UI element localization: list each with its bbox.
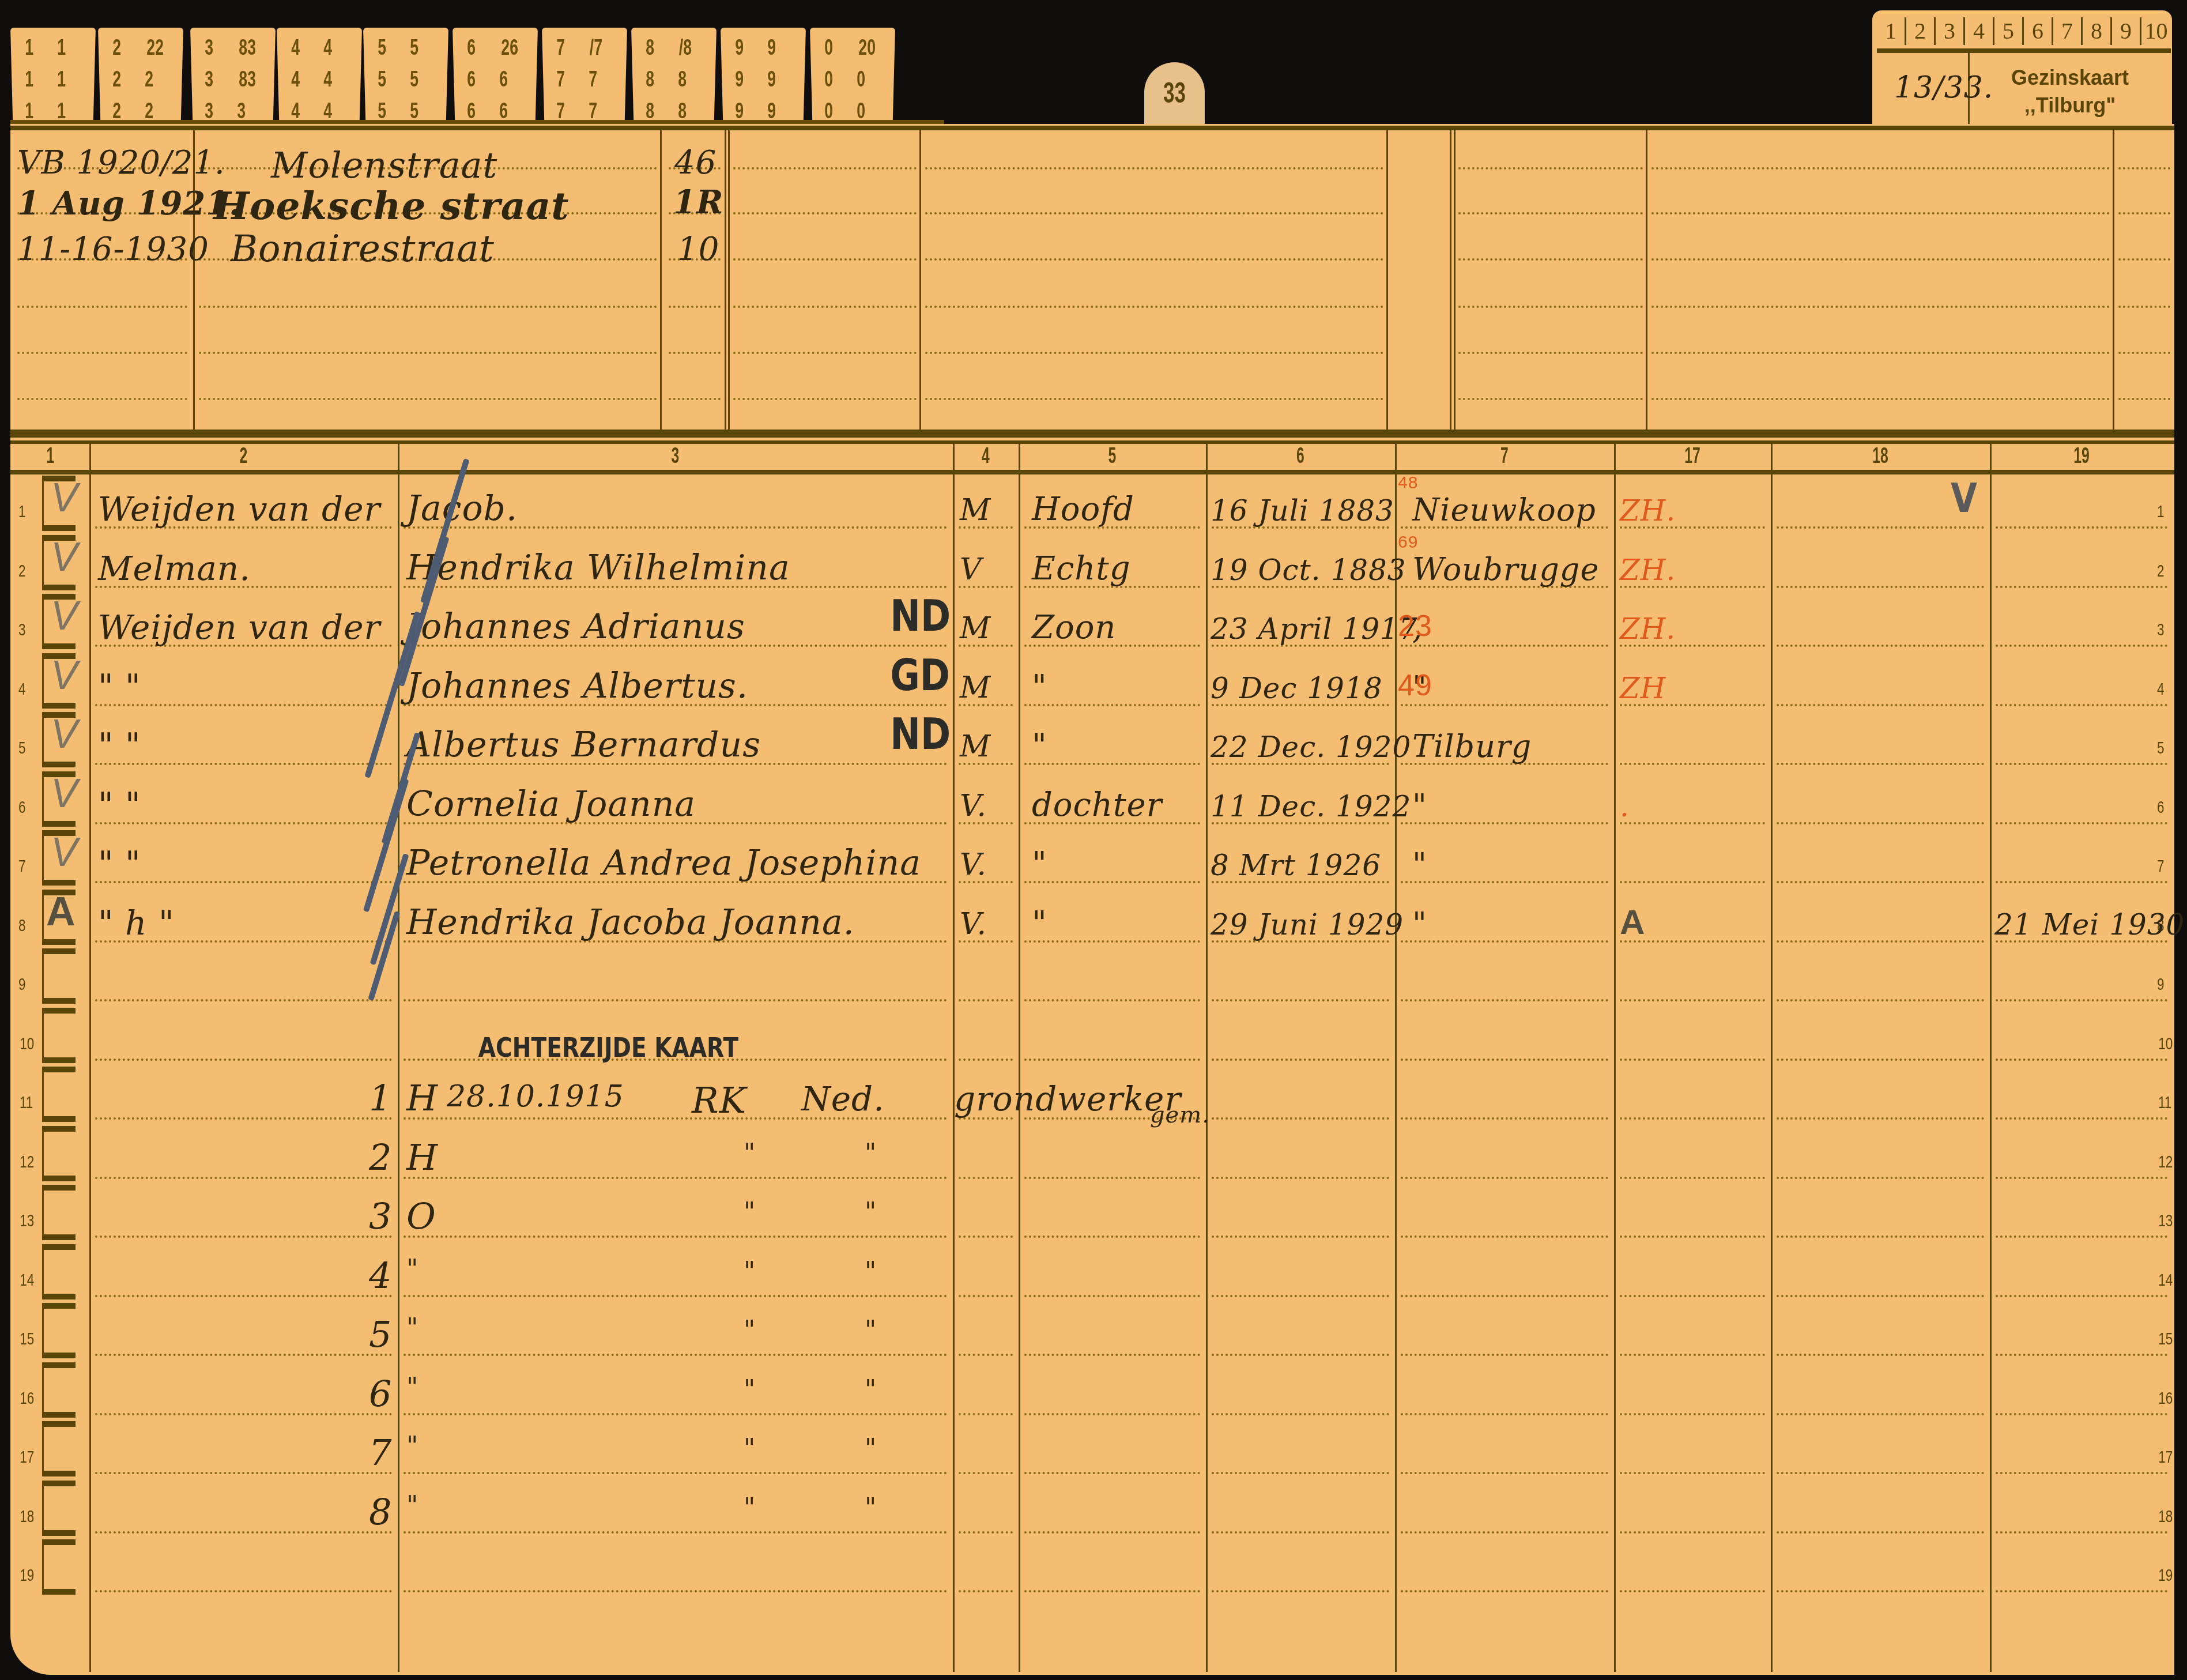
dotted-rule <box>1620 1235 1765 1238</box>
cell-given: Petronella Andrea Josephina <box>406 843 921 883</box>
row-number-right: 15 <box>2158 1329 2173 1349</box>
dotted-rule <box>95 1235 392 1238</box>
row-number-left: 16 <box>20 1389 34 1408</box>
status-stamp: ND <box>890 592 951 641</box>
index-cell[interactable]: 10 <box>2141 17 2171 45</box>
dotted-rule <box>1777 763 1984 765</box>
dotted-rule <box>1996 645 2167 647</box>
dotted-rule <box>1212 1472 1389 1474</box>
index-cell[interactable]: 6 <box>2024 17 2053 45</box>
dotted-rule <box>733 167 917 169</box>
cell-col17: . <box>1620 790 1630 823</box>
tab-digit: 22 <box>146 36 164 61</box>
cell-birthdate: 22 Dec. 1920 <box>1211 730 1411 764</box>
dotted-rule <box>1777 1354 1984 1356</box>
back-entry-code: " <box>406 1373 418 1402</box>
column-header-5: 5 <box>1051 444 1173 469</box>
dotted-rule <box>959 1235 1013 1238</box>
dotted-rule <box>2118 212 2170 214</box>
row-number-left: 12 <box>20 1152 34 1172</box>
column-header-2: 2 <box>144 444 344 469</box>
back-entry-number: 5 <box>369 1313 392 1355</box>
back-entry-date: 28.10.1915 <box>447 1079 624 1114</box>
tab-digit: 7 <box>556 67 565 92</box>
row-checkbox[interactable] <box>42 1481 76 1536</box>
dotted-rule <box>1996 999 2167 1001</box>
dotted-rule <box>1777 645 1984 647</box>
row-check-mark: V <box>51 593 78 639</box>
back-entry-number: 7 <box>369 1432 392 1474</box>
tab-digit: 6 <box>467 67 476 92</box>
cell-col17: ZH <box>1620 672 1666 705</box>
dotted-rule <box>925 398 1383 400</box>
cell-relation: Echtg <box>1032 550 1131 587</box>
index-tab-7[interactable] <box>542 28 627 126</box>
back-entry-nationality: " <box>865 1197 877 1227</box>
dotted-rule <box>1620 763 1765 765</box>
tab-digit: 20 <box>858 36 876 61</box>
column-header-7: 7 <box>1434 444 1576 469</box>
dotted-rule <box>404 1413 947 1415</box>
dotted-rule <box>1024 1354 1200 1356</box>
row-checkbox[interactable] <box>42 1539 76 1595</box>
dotted-rule <box>1401 1354 1608 1356</box>
index-tab-3[interactable] <box>190 28 276 126</box>
row-number-left: 5 <box>18 739 26 758</box>
back-entry-nationality: Ned. <box>801 1079 885 1118</box>
row-number-left: 1 <box>18 502 26 522</box>
cell-surname: Weijden van der <box>98 489 380 529</box>
dotted-rule <box>1996 1472 2167 1474</box>
dotted-rule <box>1996 1354 2167 1356</box>
row-number-right: 2 <box>2157 562 2165 581</box>
row-checkbox[interactable] <box>42 1421 76 1476</box>
cell-birthdate: 9 Dec 1918 <box>1211 672 1383 705</box>
cell-col19: 21 Mei 1930 <box>1994 908 2185 941</box>
cell-birthplace-code: 49 <box>1398 668 1432 703</box>
tab-digit: 8 <box>646 36 654 61</box>
dotted-rule <box>1458 167 1643 169</box>
dotted-rule <box>95 1117 392 1120</box>
back-entry-nationality: " <box>865 1139 877 1168</box>
row-number-left: 9 <box>18 975 26 995</box>
dotted-rule <box>1401 1531 1608 1534</box>
back-entry-religion: RK <box>692 1079 746 1121</box>
cell-birthplace-code: 69 <box>1398 533 1418 552</box>
dotted-rule <box>1401 1177 1608 1179</box>
dotted-rule <box>199 306 657 308</box>
index-tab-9[interactable] <box>721 28 806 126</box>
back-entry-note: gem. <box>1150 1102 1210 1128</box>
tab-33-label: 33 <box>1153 76 1196 110</box>
tab-digit: 0 <box>824 67 833 92</box>
family-card <box>10 124 2174 1675</box>
back-entry-number: 6 <box>369 1373 392 1415</box>
column-divider <box>1771 444 1773 1672</box>
index-row: 12345678910 <box>1877 15 2171 53</box>
dotted-rule <box>1651 398 2110 400</box>
cell-given: Johannes Albertus. <box>406 666 748 706</box>
dotted-rule <box>404 1295 947 1297</box>
cell-given: Cornelia Joanna <box>406 784 696 824</box>
index-cell[interactable]: 1 <box>1877 17 1906 45</box>
dotted-rule <box>1620 1295 1765 1297</box>
tab-digit: 9 <box>735 67 744 92</box>
cell-given: Johannes Adrianus <box>406 607 745 647</box>
cell-surname: " " <box>98 785 141 824</box>
back-entry-religion: " <box>744 1375 756 1404</box>
row-checkbox[interactable] <box>42 1067 76 1122</box>
row-number-left: 17 <box>20 1448 34 1467</box>
dotted-rule <box>1024 704 1200 706</box>
cell-birthplace-code: 23 <box>1398 609 1432 643</box>
dotted-rule <box>959 999 1013 1001</box>
column-divider <box>725 128 726 430</box>
back-entry-nationality: " <box>865 1375 877 1404</box>
row-number-left: 19 <box>20 1566 34 1585</box>
cell-birthdate: 23 April 1917 <box>1211 612 1418 646</box>
dotted-rule <box>1996 1531 2167 1534</box>
column-divider <box>660 128 662 430</box>
dotted-rule <box>1777 940 1984 943</box>
dotted-rule <box>1212 1177 1389 1179</box>
dotted-rule <box>959 1413 1013 1415</box>
index-cell[interactable]: 4 <box>1965 17 1994 45</box>
tab-digit: 83 <box>239 67 256 92</box>
dotted-rule <box>404 999 947 1001</box>
dotted-rule <box>1458 258 1643 261</box>
dotted-rule <box>1620 1531 1765 1534</box>
tab-digit: 8 <box>678 67 687 92</box>
back-entry-religion: " <box>744 1139 756 1168</box>
dotted-rule <box>1458 398 1643 400</box>
tab-digit: 4 <box>291 67 300 92</box>
row-number-left: 13 <box>20 1211 34 1231</box>
cell-birthdate: 11 Dec. 1922 <box>1211 790 1411 823</box>
cell-birthplace: " <box>1412 788 1427 824</box>
dotted-rule <box>1024 1531 1200 1534</box>
row-check-mark: V <box>51 829 78 875</box>
dotted-rule <box>925 258 1383 261</box>
tab-digit: 9 <box>767 67 776 92</box>
tab-33[interactable]: 33 <box>1144 62 1205 127</box>
dotted-rule <box>1401 1295 1608 1297</box>
cell-sex: V. <box>960 907 987 941</box>
dotted-rule <box>733 398 917 400</box>
dotted-rule <box>17 398 187 400</box>
dotted-rule <box>1620 1590 1765 1592</box>
dotted-rule <box>1620 1177 1765 1179</box>
back-entry-religion: " <box>744 1434 756 1463</box>
cell-birthdate: 16 Juli 1883 <box>1211 494 1394 528</box>
dotted-rule <box>1024 1177 1200 1179</box>
row-number-right: 19 <box>2158 1566 2173 1585</box>
back-entry-nationality: " <box>865 1434 877 1463</box>
upper-top-rule <box>10 126 2174 130</box>
dotted-rule <box>2118 258 2170 261</box>
dotted-rule <box>1024 1413 1200 1415</box>
tab-digit: 8 <box>646 67 654 92</box>
back-entry-religion: " <box>744 1316 756 1345</box>
cell-surname: " h " <box>98 903 175 943</box>
index-tab-1[interactable] <box>10 28 96 126</box>
tab-digit: 4 <box>323 67 332 92</box>
dotted-rule <box>17 306 187 308</box>
cell-given: Hendrika Wilhelmina <box>406 548 790 588</box>
column-divider <box>728 128 730 430</box>
row-number-right: 9 <box>2157 975 2165 995</box>
index-cell[interactable]: 3 <box>1936 17 1965 45</box>
column-divider <box>1386 128 1388 430</box>
row-checkbox[interactable] <box>42 1244 76 1299</box>
column-header-18: 18 <box>1809 444 1952 469</box>
back-entry-number: 1 <box>369 1077 392 1119</box>
dotted-rule <box>1777 1235 1984 1238</box>
back-entry-code: H <box>406 1077 438 1119</box>
tab-digit: 4 <box>323 36 332 61</box>
row-checkbox[interactable] <box>42 1303 76 1358</box>
cell-birthplace-code: 48 <box>1398 473 1418 493</box>
cell-col17: ZH. <box>1620 612 1676 646</box>
tab-digit: 3 <box>205 36 213 61</box>
back-entry-nationality: " <box>865 1493 877 1523</box>
dotted-rule <box>959 1059 1013 1061</box>
index-cell[interactable]: 9 <box>2112 17 2141 45</box>
tab-digit: 5 <box>410 67 418 92</box>
dotted-rule <box>2118 306 2170 308</box>
row-checkbox[interactable] <box>42 1126 76 1181</box>
dotted-rule <box>404 1590 947 1592</box>
back-entry-number: 2 <box>369 1136 392 1178</box>
tab-digit: 4 <box>291 36 300 61</box>
tab-digit: 83 <box>239 36 256 61</box>
dotted-rule <box>1458 306 1643 308</box>
dotted-rule <box>95 1177 392 1179</box>
index-cell[interactable]: 5 <box>1994 17 2024 45</box>
index-tab-2[interactable] <box>98 28 183 126</box>
dotted-rule <box>95 1590 392 1592</box>
dotted-rule <box>959 1531 1013 1534</box>
dotted-rule <box>1620 1354 1765 1356</box>
dotted-rule <box>1620 1413 1765 1415</box>
back-entry-religion: " <box>744 1197 756 1227</box>
row-number-left: 8 <box>18 916 26 936</box>
dotted-rule <box>1401 1413 1608 1415</box>
back-entry-code: " <box>406 1313 418 1343</box>
dotted-rule <box>1996 1295 2167 1297</box>
cell-birthdate: 29 Juni 1929 <box>1211 908 1404 941</box>
card-header-box: 12345678910 13/33. Gezinskaart ,,Tilburg… <box>1872 10 2172 129</box>
cell-relation: " <box>1032 845 1047 883</box>
row-number-right: 14 <box>2158 1271 2173 1290</box>
index-tab-5[interactable] <box>363 28 448 126</box>
row-number-right: 5 <box>2157 739 2165 758</box>
row-check-mark: V <box>51 652 78 698</box>
tab-digit: 2 <box>112 67 121 92</box>
dotted-rule <box>959 1472 1013 1474</box>
column-divider <box>89 444 91 1672</box>
back-entry-number: 8 <box>369 1491 392 1533</box>
dotted-rule <box>1651 167 2110 169</box>
back-side-stamp: ACHTERZIJDE KAART <box>478 1032 738 1063</box>
dotted-rule <box>733 212 917 214</box>
dotted-rule <box>95 1059 392 1061</box>
address-street: Hoeksche straat <box>213 183 570 228</box>
row-check-mark: A <box>46 888 76 935</box>
row-checkbox[interactable] <box>42 948 76 1004</box>
address-number: 1R <box>673 183 724 221</box>
row-number-right: 17 <box>2158 1448 2173 1467</box>
cell-birthdate: 8 Mrt 1926 <box>1211 849 1381 882</box>
dotted-rule <box>1401 1117 1608 1120</box>
dotted-rule <box>925 212 1383 214</box>
row-number-right: 11 <box>2158 1093 2171 1113</box>
cell-surname: " " <box>98 726 141 765</box>
column-divider <box>953 444 955 1672</box>
tab-digit: 5 <box>378 36 386 61</box>
index-tab-6[interactable] <box>453 28 538 126</box>
dotted-rule <box>404 1177 947 1179</box>
tab-digit: 7 <box>556 36 565 61</box>
dotted-rule <box>1401 1590 1608 1592</box>
back-entry-occupation: grondwerker <box>954 1079 1181 1118</box>
dotted-rule <box>95 1354 392 1356</box>
dotted-rule <box>1996 1177 2167 1179</box>
dotted-rule <box>925 306 1383 308</box>
column-divider <box>1646 128 1647 430</box>
column-header-17: 17 <box>1642 444 1744 469</box>
tab-digit: 26 <box>501 36 518 61</box>
column-divider <box>1450 128 1451 430</box>
dotted-rule <box>95 1472 392 1474</box>
column-divider <box>1614 444 1616 1672</box>
cell-birthplace: " <box>1412 906 1427 942</box>
row-check-mark: V <box>51 534 78 580</box>
dotted-rule <box>1996 586 2167 588</box>
tab-digit: 1 <box>57 36 66 61</box>
dotted-rule <box>2118 352 2170 354</box>
cell-surname: Melman. <box>98 549 251 588</box>
row-checkbox[interactable] <box>42 1185 76 1240</box>
index-cell[interactable]: 7 <box>2053 17 2083 45</box>
row-number-right: 13 <box>2158 1211 2173 1231</box>
dotted-rule <box>1212 999 1389 1001</box>
tab-digit: 3 <box>205 67 213 92</box>
column-divider <box>1206 444 1208 1672</box>
index-cell[interactable]: 2 <box>1906 17 1936 45</box>
column-divider <box>2113 128 2114 430</box>
dotted-rule <box>1996 526 2167 529</box>
cell-sex: M <box>960 493 991 528</box>
dotted-rule <box>1651 212 2110 214</box>
dotted-rule <box>1401 1472 1608 1474</box>
dotted-rule <box>1777 704 1984 706</box>
dotted-rule <box>1777 1472 1984 1474</box>
dotted-rule <box>1996 1059 2167 1061</box>
cell-sex: M <box>960 729 991 764</box>
dotted-rule <box>1996 822 2167 824</box>
address-date: VB 1920/21. <box>17 144 225 182</box>
row-number-right: 6 <box>2157 798 2165 818</box>
dotted-rule <box>404 1354 947 1356</box>
dotted-rule <box>1212 1235 1389 1238</box>
back-entry-religion: " <box>744 1257 756 1286</box>
row-checkbox[interactable] <box>42 1008 76 1063</box>
column-divider <box>1454 128 1456 430</box>
tab-digit: 5 <box>378 67 386 92</box>
row-number-right: 16 <box>2158 1389 2173 1408</box>
back-entry-code: " <box>406 1432 418 1461</box>
dotted-rule <box>733 352 917 354</box>
row-number-left: 18 <box>20 1507 34 1527</box>
back-entry-number: 4 <box>369 1255 392 1297</box>
tab-digit: 9 <box>767 36 776 61</box>
dotted-rule <box>1620 1117 1765 1120</box>
dotted-rule <box>1777 999 1984 1001</box>
index-tab-4[interactable] <box>277 28 362 126</box>
dotted-rule <box>1996 1590 2167 1592</box>
row-number-right: 7 <box>2157 857 2165 876</box>
dotted-rule <box>959 1295 1013 1297</box>
dotted-rule <box>1212 1590 1389 1592</box>
dotted-rule <box>1777 881 1984 883</box>
cell-surname: " " <box>98 667 141 706</box>
dotted-rule <box>1212 1059 1389 1061</box>
dotted-rule <box>1212 1413 1389 1415</box>
dotted-rule <box>1651 306 2110 308</box>
dotted-rule <box>1777 586 1984 588</box>
cell-birthplace: Tilburg <box>1412 728 1532 764</box>
row-number-left: 10 <box>20 1034 34 1054</box>
card-title: Gezinskaart <box>1969 66 2171 90</box>
tab-digit: 6 <box>467 36 476 61</box>
column-divider <box>1990 444 1992 1672</box>
row-number-right: 18 <box>2158 1507 2173 1527</box>
index-tab-0[interactable] <box>810 28 895 126</box>
back-entry-code: H <box>406 1136 438 1178</box>
row-check-mark: V <box>51 770 78 816</box>
row-checkbox[interactable] <box>42 1362 76 1418</box>
dotted-rule <box>1777 1177 1984 1179</box>
index-cell[interactable]: 8 <box>2083 17 2112 45</box>
column-header-4: 4 <box>964 444 1007 469</box>
dotted-rule <box>1401 822 1608 824</box>
column-divider <box>398 444 399 1672</box>
column-divider <box>919 128 921 430</box>
index-tab-8[interactable] <box>631 28 717 126</box>
row-number-left: 3 <box>18 620 26 640</box>
row-number-right: 10 <box>2158 1034 2173 1054</box>
row-check-mark: V <box>51 711 78 757</box>
header-rule-bottom <box>10 470 2174 474</box>
dotted-rule <box>1024 1472 1200 1474</box>
status-stamp: GD <box>890 651 950 700</box>
tab-digit: 7 <box>589 67 597 92</box>
dotted-rule <box>1458 212 1643 214</box>
tab-digit: 1 <box>25 67 33 92</box>
dotted-rule <box>404 1531 947 1534</box>
section-divider <box>10 430 2174 438</box>
row-number-right: 4 <box>2157 680 2165 699</box>
card-subtitle: ,,Tilburg" <box>1969 93 2171 118</box>
dotted-rule <box>1996 1235 2167 1238</box>
address-number: 10 <box>677 231 719 268</box>
cell-given: Jacob. <box>406 488 518 529</box>
dotted-rule <box>669 352 721 354</box>
dotted-rule <box>1212 1117 1389 1120</box>
dotted-rule <box>959 1354 1013 1356</box>
back-entry-nationality: " <box>865 1316 877 1345</box>
